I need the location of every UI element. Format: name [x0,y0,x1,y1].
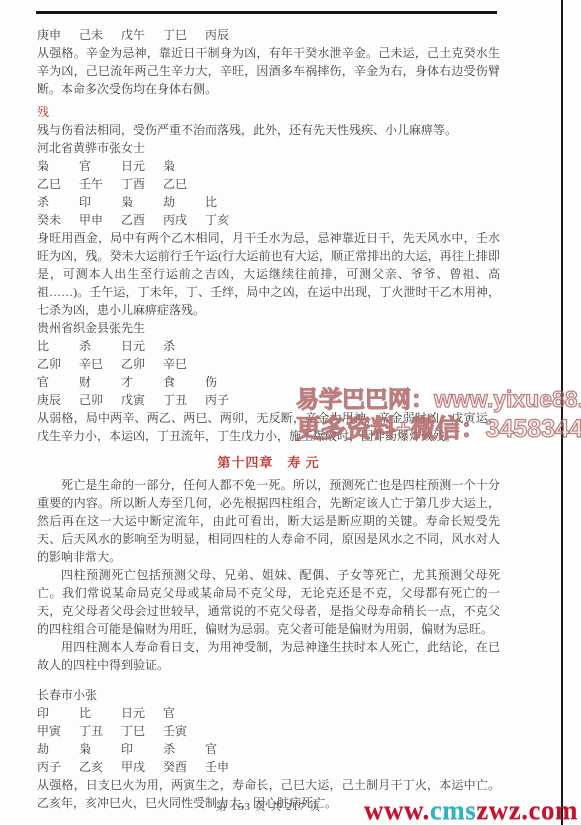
pillar-cell: 杀 [163,337,205,355]
pillar-cell: 乙巳 [163,175,205,193]
pillar-cell: 戊午 [121,26,163,44]
chapter-paragraph: 四柱预测死亡包括预测父母、兄弟、姐妹、配偶、子女等死亡，尤其预测父母死亡。我们常… [37,566,500,638]
scanned-document-page: 庚申己未戊午丁巳丙辰 从强格。辛金为忌神，靠近日干制身为凶，有年干癸水泄辛金。己… [0,0,581,825]
pillar-cell: 枭 [163,157,205,175]
pillar-row: 杀印枭劫比 [37,193,500,211]
pillar-row: 乙巳壬午丁酉乙巳 [37,175,500,193]
pillar-cell: 癸酉 [163,758,205,776]
case-analysis: 从强格。辛金为忌神，靠近日干制身为凶，有年干癸水泄辛金。己未运，己土克癸水生辛为… [37,44,500,98]
pillar-cell: 壬寅 [163,722,205,740]
case-title: 河北省黄骅市张女士 [37,139,500,157]
case-title: 贵州省织金县张先生 [37,319,500,337]
pillar-cell: 丁丑 [163,391,205,409]
pillar-cell: 乙巳 [37,175,79,193]
pillar-cell: 丁巳 [121,722,163,740]
url-part-cms: cms [430,795,476,825]
pillar-cell: 日元 [121,337,163,355]
pillar-row: 比杀日元杀 [37,337,500,355]
pillar-cell: 甲戌 [121,758,163,776]
pillar-cell: 枭 [79,740,121,758]
pillar-cell: 丁巳 [163,26,205,44]
pillar-cell: 杀 [37,193,79,211]
pillar-cell: 枭 [37,157,79,175]
pillar-cell: 乙卯 [37,355,79,373]
pillar-cell: 劫 [163,193,205,211]
footer-site-url: www.cmszwz.com [364,797,578,824]
spacer [37,674,500,686]
pillar-cell: 甲申 [79,211,121,229]
pillar-cell: 印 [121,740,163,758]
page-header-rule [36,11,497,14]
case-analysis: 身旺用酉金，局中有两个乙木相同，月干壬水为忌，忌神靠近日干，先天风水中，壬水旺为… [37,229,500,319]
pillar-cell: 乙卯 [121,355,163,373]
pillar-cell: 比 [205,193,247,211]
pillar-cell: 丁丑 [79,722,121,740]
pillar-cell: 印 [37,704,79,722]
pillar-cell: 乙酉 [121,211,163,229]
pillar-cell: 官 [79,157,121,175]
pillar-cell: 枭 [121,193,163,211]
pillar-row: 乙卯辛巳乙卯辛巳 [37,355,500,373]
pillar-cell: 乙亥 [79,758,121,776]
pillar-row: 甲寅丁丑丁巳壬寅 [37,722,500,740]
case-title: 长春市小张 [37,686,500,704]
pillar-cell: 丁酉 [121,175,163,193]
pillar-cell: 日元 [121,157,163,175]
pillar-cell: 丙子 [37,758,79,776]
pillar-cell: 甲寅 [37,722,79,740]
pillar-cell: 杀 [79,337,121,355]
pillar-cell: 癸未 [37,211,79,229]
pillar-cell: 辛巳 [79,355,121,373]
pillar-cell: 丙辰 [205,26,247,44]
section-intro: 残与伤看法相同，受伤严重不治而落残，此外，还有先天性残疾、小儿麻痹等。 [37,121,500,139]
pillar-row: 丙子乙亥甲戌癸酉壬申 [37,758,500,776]
pillar-cell: 食 [163,373,205,391]
url-part-www: www. [364,795,430,825]
pillar-cell: 丙子 [205,391,247,409]
pillar-row: 印比日元官 [37,704,500,722]
pillar-cell: 官 [205,740,247,758]
pillar-cell: 印 [79,193,121,211]
pillar-cell: 才 [121,373,163,391]
pillar-cell: 日元 [121,704,163,722]
pillar-cell: 辛巳 [163,355,205,373]
pillar-cell: 己未 [79,26,121,44]
pillar-cell: 己卯 [79,391,121,409]
chapter-paragraph: 死亡是生命的一部分，任何人都不免一死。所以，预测死亡也是四柱预测一个十分重要的内… [37,476,500,566]
watermark-line2: 更多资料+微信：3458344044 [296,409,581,445]
pillar-cell: 杀 [163,740,205,758]
pillar-cell: 官 [37,373,79,391]
pillar-cell: 伤 [205,373,247,391]
pillar-cell: 壬申 [205,758,247,776]
pillar-cell: 官 [163,704,205,722]
pillar-cell: 庚辰 [37,391,79,409]
pillar-cell: 戊寅 [121,391,163,409]
pillar-cell: 丁亥 [205,211,247,229]
pillar-row: 癸未甲申乙酉丙戌丁亥 [37,211,500,229]
pillar-row: 劫枭印杀官 [37,740,500,758]
chapter-title: 第十四章 寿 元 [37,454,500,472]
pillar-cell: 劫 [37,740,79,758]
pillar-cell: 比 [79,704,121,722]
url-part-tail: zwz.com [476,795,578,825]
chapter-paragraph: 用四柱测本人寿命看日支，为用神受制，为忌神逢生扶时本人死亡，此结论，在已故人的四… [37,638,500,674]
section-heading-can: 残 [37,103,500,121]
pillar-cell: 比 [37,337,79,355]
dayun-row: 庚申己未戊午丁巳丙辰 [37,26,500,44]
pillar-row: 枭官日元枭 [37,157,500,175]
pillar-cell: 财 [79,373,121,391]
pillar-cell: 庚申 [37,26,79,44]
pillar-cell: 丙戌 [163,211,205,229]
pillar-cell: 壬午 [79,175,121,193]
